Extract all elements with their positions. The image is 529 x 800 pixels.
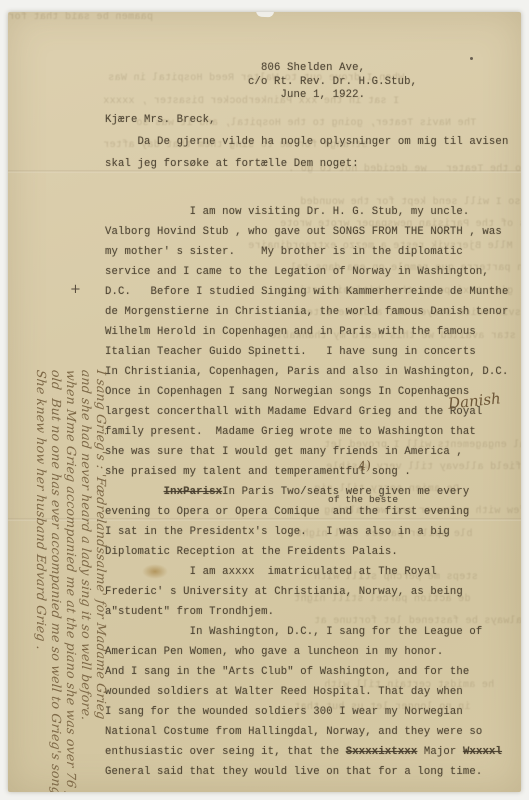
- typed-line: a"student" from Trondhjem.: [105, 602, 521, 622]
- margin-note-line: and she had never heard a lady sing it s…: [79, 369, 94, 792]
- typed-line: my mother' s sister. My brother is in th…: [105, 242, 521, 262]
- typed-line: I sat in the Presidentx's loge. I was al…: [105, 522, 521, 542]
- ink-speck: [470, 57, 473, 60]
- typed-line: Wilhelm Herold in Copenhagen and in Pari…: [105, 322, 521, 342]
- typed-line: In Washington, D.C., I sang for the Leag…: [105, 622, 521, 642]
- struck-out-text: InxParisx: [164, 486, 223, 498]
- header-line: June 1, 1922.: [248, 89, 417, 103]
- typed-line: Valborg Hovind Stub , who gave out SONGS…: [105, 222, 521, 242]
- margin-note-handwritten: I sang Grieg's : 'Fædrelandssalme' for M…: [34, 370, 109, 792]
- margin-note-line: old But no one has ever accompanied me s…: [49, 369, 64, 792]
- letter-opening: Kjære Mrs. Breck, Da De gjerne vilde ha …: [105, 109, 508, 175]
- opening-line: Da De gjerne vilde ha nogle oplysninger …: [105, 131, 508, 153]
- typed-line: I sang for the wounded soldiers 300 I we…: [105, 702, 521, 722]
- struck-out-text: Sxxxxixtxxx: [346, 746, 418, 758]
- typed-line: American Pen Women, who gave a luncheon …: [105, 642, 521, 662]
- letter-body: I am now visiting Dr. H. G. Stub, my unc…: [105, 202, 521, 782]
- header-line: 806 Shelden Ave,: [248, 62, 417, 76]
- typed-line: I am axxxx imatriculated at The Royal: [105, 562, 521, 582]
- typed-line: And I sang in the "Arts Club" of Washing…: [105, 662, 521, 682]
- plus-mark-annotation: +: [70, 282, 81, 297]
- typed-line: Italian Teacher Guido Spinetti. I have s…: [105, 342, 521, 362]
- letter-page: When I drove out to Walter Reed Hospital…: [8, 12, 521, 792]
- bleedthrough-line: paamen be said that for: [8, 12, 153, 23]
- typed-line: D.C. Before I studied Singing with Kamme…: [105, 282, 521, 302]
- typed-line: InxParisxIn Paris Two/seats were given m…: [105, 482, 521, 502]
- letter-header-address: 806 Shelden Ave,c/o Rt. Rev. Dr. H.G.Stu…: [248, 62, 417, 103]
- typed-line: service and I came to the Legation of No…: [105, 262, 521, 282]
- typed-line: she praised my talent and temperamentful…: [105, 462, 521, 482]
- margin-note-line: I sang Grieg's : 'Fædrelandssalme' for M…: [94, 369, 109, 792]
- opening-line: skal jeg forsøke at fortælle Dem noget:: [105, 153, 508, 175]
- typed-line: Frederic' s University at Christiania, N…: [105, 582, 521, 602]
- typed-line: I am now visiting Dr. H. G. Stub, my unc…: [105, 202, 521, 222]
- typed-line: Diplomatic Reception at the Freidents Pa…: [105, 542, 521, 562]
- margin-note-line: She knew how her husband Edvard Grieg .: [34, 369, 49, 792]
- typed-line: enthusiastic over seing it, that the Sxx…: [105, 742, 521, 762]
- scanned-letter-image: When I drove out to Walter Reed Hospital…: [0, 0, 529, 800]
- handwritten-number-mark: 4): [357, 457, 372, 474]
- typed-line: National Costume from Hallingdal, Norway…: [105, 722, 521, 742]
- typed-interlinear-insert: of the beste: [328, 494, 398, 505]
- typed-line: General said that they would live on tha…: [105, 762, 521, 782]
- header-line: c/o Rt. Rev. Dr. H.G.Stub,: [248, 76, 417, 90]
- typed-line: family present. Madame Grieg wrote me to…: [105, 422, 521, 442]
- typed-line: In Christiania, Copenhagen, Paris and al…: [105, 362, 521, 382]
- typed-line: de Morgenstierne in Christiania, the wor…: [105, 302, 521, 322]
- opening-line: Kjære Mrs. Breck,: [105, 109, 508, 131]
- typed-line: wounded soldiers at Walter Reed Hospital…: [105, 682, 521, 702]
- typed-line: she was sure that I would get many frien…: [105, 442, 521, 462]
- margin-note-line: when Mme Grieg accompanied me at the pia…: [64, 369, 79, 792]
- typed-line: evening to Opera or Opera Comique and th…: [105, 502, 521, 522]
- struck-out-text: Wxxxxl: [463, 746, 502, 758]
